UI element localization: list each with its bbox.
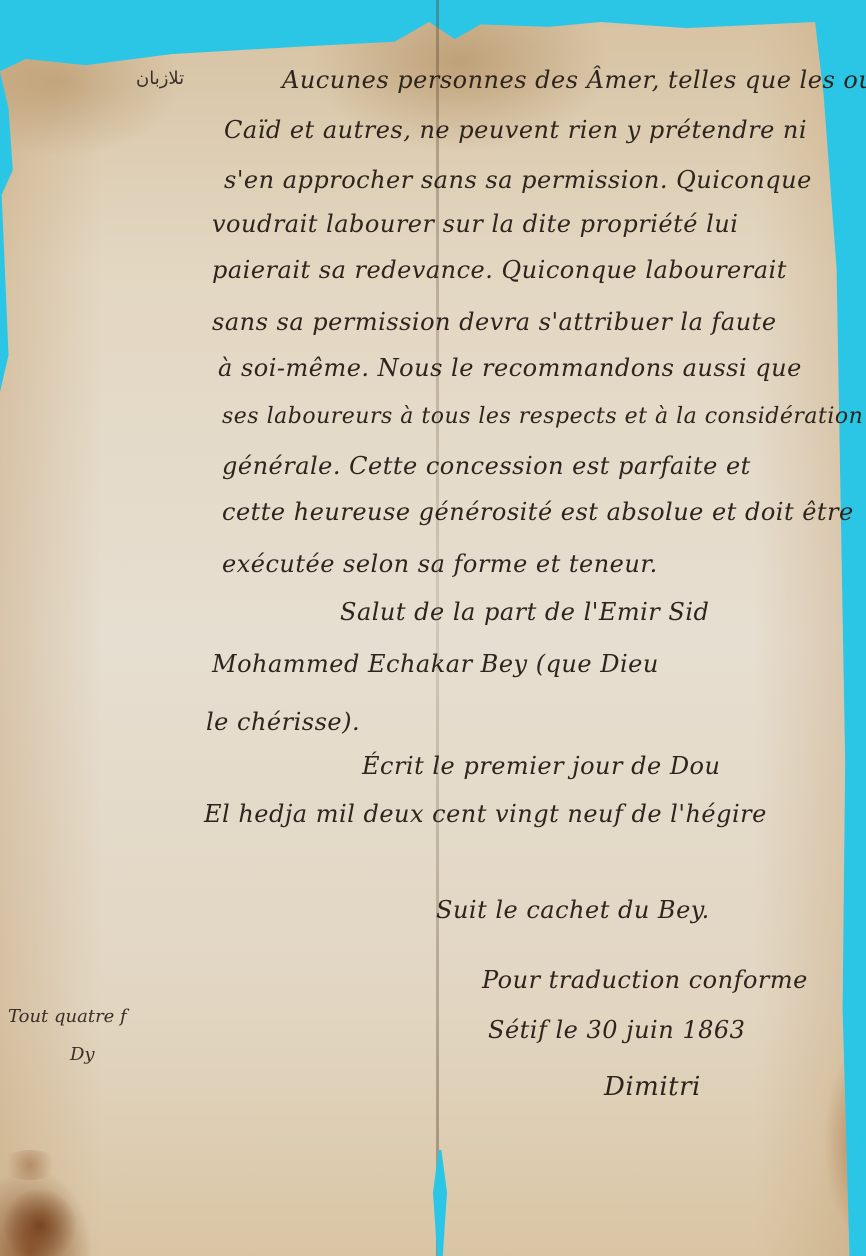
margin-note-line-2: Dy xyxy=(70,1044,95,1065)
body-line: à soi-même. Nous le recommandons aussi q… xyxy=(218,354,802,382)
body-line: cette heureuse générosité est absolue et… xyxy=(222,498,854,526)
certification-line: Pour traduction conforme xyxy=(482,966,808,994)
body-line: Salut de la part de l'Emir Sid xyxy=(340,598,709,626)
signature: Dimitri xyxy=(604,1072,701,1102)
body-line: sans sa permission devra s'attribuer la … xyxy=(212,308,777,336)
body-line: Caïd et autres, ne peuvent rien y préten… xyxy=(224,116,807,144)
body-line: paierait sa redevance. Quiconque laboure… xyxy=(212,256,787,284)
body-line: ses laboureurs à tous les respects et à … xyxy=(222,404,863,429)
body-line: Aucunes personnes des Âmer, telles que l… xyxy=(282,66,866,94)
arabic-heading: تلازبان xyxy=(136,68,184,89)
body-line: s'en approcher sans sa permission. Quico… xyxy=(224,166,812,194)
body-line: El hedja mil deux cent vingt neuf de l'h… xyxy=(204,800,767,828)
water-stain xyxy=(0,1190,80,1256)
body-line: voudrait labourer sur la dite propriété … xyxy=(212,210,738,238)
body-line: générale. Cette concession est parfaite … xyxy=(222,452,751,480)
aged-paper-sheet xyxy=(0,22,858,1256)
body-line: exécutée selon sa forme et teneur. xyxy=(222,550,658,578)
body-line: Mohammed Echakar Bey (que Dieu xyxy=(212,650,659,678)
place-date-line: Sétif le 30 juin 1863 xyxy=(488,1016,745,1044)
seal-note: Suit le cachet du Bey. xyxy=(436,896,710,924)
body-line: Écrit le premier jour de Dou xyxy=(362,752,720,780)
margin-note-line-1: Tout quatre f xyxy=(8,1006,127,1027)
small-stain xyxy=(0,1150,60,1180)
body-line: le chérisse). xyxy=(206,708,360,736)
